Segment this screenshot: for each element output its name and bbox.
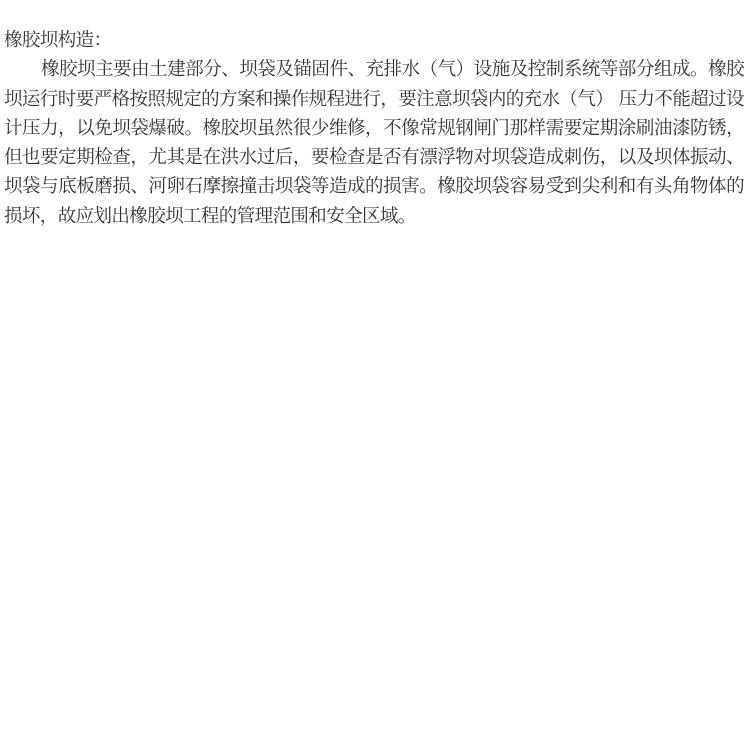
document-body: 橡胶坝构造： 橡胶坝主要由土建部分、坝袋及锚固件、充排水（气）设施及控制系统等部… bbox=[4, 26, 744, 231]
body-paragraph: 橡胶坝主要由土建部分、坝袋及锚固件、充排水（气）设施及控制系统等部分组成。橡胶坝… bbox=[4, 55, 744, 231]
section-heading: 橡胶坝构造： bbox=[4, 26, 744, 55]
top-edge-artifact bbox=[0, 0, 750, 4]
